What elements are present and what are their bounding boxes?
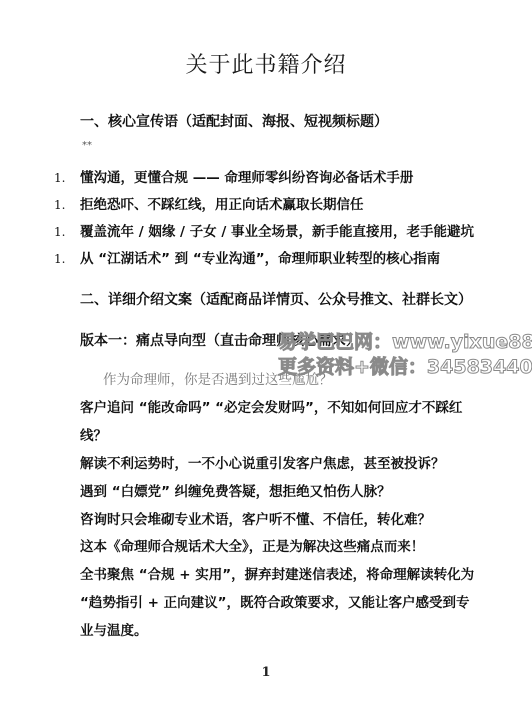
list-item: 1.覆盖流年 / 姻缘 / 子女 / 事业全场景，新手能直接用，老手能避坑 <box>54 220 474 240</box>
document-page: 关于此书籍介绍 一、核心宣传语（适配封面、海报、短视频标题） ** 1.懂沟通，… <box>0 0 532 706</box>
watermark-contact: 更多资料+微信：3458344044 <box>278 352 532 379</box>
page-number: 1 <box>0 665 532 680</box>
list-item: 1.拒绝恐吓、不踩红线，用正向话术赢取长期信任 <box>54 193 364 213</box>
paragraph-line: 客户追问 “能改命吗” “必定会发财吗”，不知如何回应才不踩红 <box>80 396 462 416</box>
list-item-text: 覆盖流年 / 姻缘 / 子女 / 事业全场景，新手能直接用，老手能避坑 <box>80 224 474 240</box>
paragraph-line: “趋势指引 + 正向建议”，既符合政策要求，又能让客户感受到专 <box>80 591 469 611</box>
list-number: 1. <box>54 171 80 185</box>
watermark-site: 易学巴巴网：www.yixue88.cn <box>278 327 532 354</box>
document-title: 关于此书籍介绍 <box>0 48 532 79</box>
list-number: 1. <box>54 252 80 266</box>
list-item: 1.从 “江湖话术” 到 “专业沟通”，命理师职业转型的核心指南 <box>54 247 440 267</box>
paragraph-line: 这本《命理师合规话术大全》，正是为解决这些痛点而来！ <box>80 535 424 555</box>
list-item-text: 懂沟通，更懂合规 —— 命理师零纠纷咨询必备话术手册 <box>80 170 413 186</box>
paragraph-line: 咨询时只会堆砌专业术语，客户听不懂、不信任，转化难？ <box>80 508 431 528</box>
list-item: 1.懂沟通，更懂合规 —— 命理师零纠纷咨询必备话术手册 <box>54 166 413 186</box>
paragraph-line: 解读不利运势时，一不小心说重引发客户焦虑，甚至被投诉？ <box>80 452 445 472</box>
paragraph-line: 业与温度。 <box>80 619 148 639</box>
asterisk-marker: ** <box>82 140 92 151</box>
list-number: 1. <box>54 225 80 239</box>
list-item-text: 从 “江湖话术” 到 “专业沟通”，命理师职业转型的核心指南 <box>80 251 440 267</box>
list-number: 1. <box>54 198 80 212</box>
paragraph-line: 遇到 “白嫖党” 纠缠免费答疑，想拒绝又怕伤人脉？ <box>80 480 391 500</box>
paragraph-line: 全书聚焦 “合规 + 实用”，摒弃封建迷信表述，将命理解读转化为 <box>80 563 474 583</box>
paragraph-line: 线？ <box>80 424 107 444</box>
list-item-text: 拒绝恐吓、不踩红线，用正向话术赢取长期信任 <box>80 197 364 213</box>
section-heading-detailed-copy: 二、详细介绍文案（适配商品详情页、公众号推文、社群长文） <box>80 289 472 309</box>
section-heading-core-slogans: 一、核心宣传语（适配封面、海报、短视频标题） <box>80 111 388 131</box>
